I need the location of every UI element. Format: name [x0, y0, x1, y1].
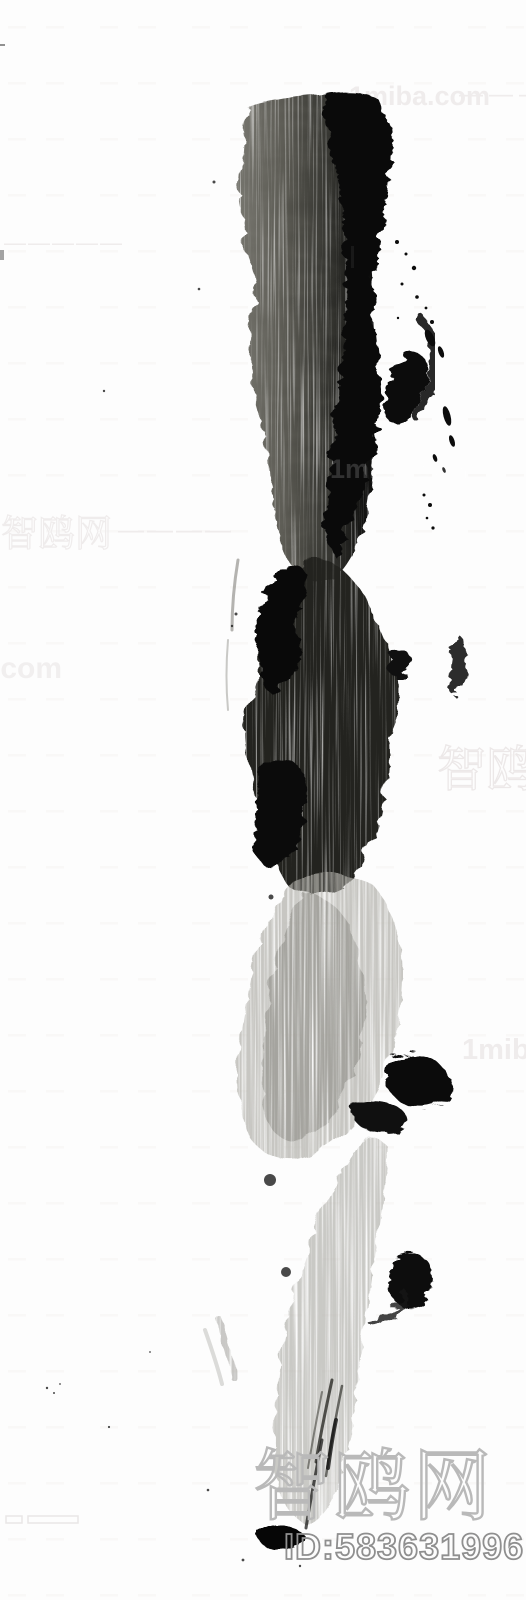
watermark-dashes-left: ————	[118, 514, 234, 544]
texture-image-page: 1miba.com ——— ————— 智鸥网 ———— .com 智鸥网 1m…	[0, 0, 526, 1600]
watermark-dashes-row-left: —————	[4, 230, 124, 255]
watermark-1miba-right: 1miba.	[462, 1034, 526, 1066]
watermark-zhiou-right: 智鸥网	[437, 743, 526, 797]
watermark-zhiou-bottom: 智鸥网	[253, 1442, 493, 1530]
artwork-canvas: 1miba.com ——— ————— 智鸥网 ———— .com 智鸥网 1m…	[0, 0, 526, 1600]
watermark-1miba-ghost: 1miba.com	[330, 454, 471, 484]
watermark-zhiou-left: 智鸥网	[1, 513, 112, 554]
ink-sliver	[351, 246, 354, 268]
watermark-image-id: ID:583631996	[284, 1526, 524, 1567]
site-watermark-bottom: 智鸥网 ID:583631996	[253, 1442, 524, 1567]
watermark-dashes-top: ———	[459, 81, 526, 108]
watermark-com-left: .com	[0, 652, 62, 685]
